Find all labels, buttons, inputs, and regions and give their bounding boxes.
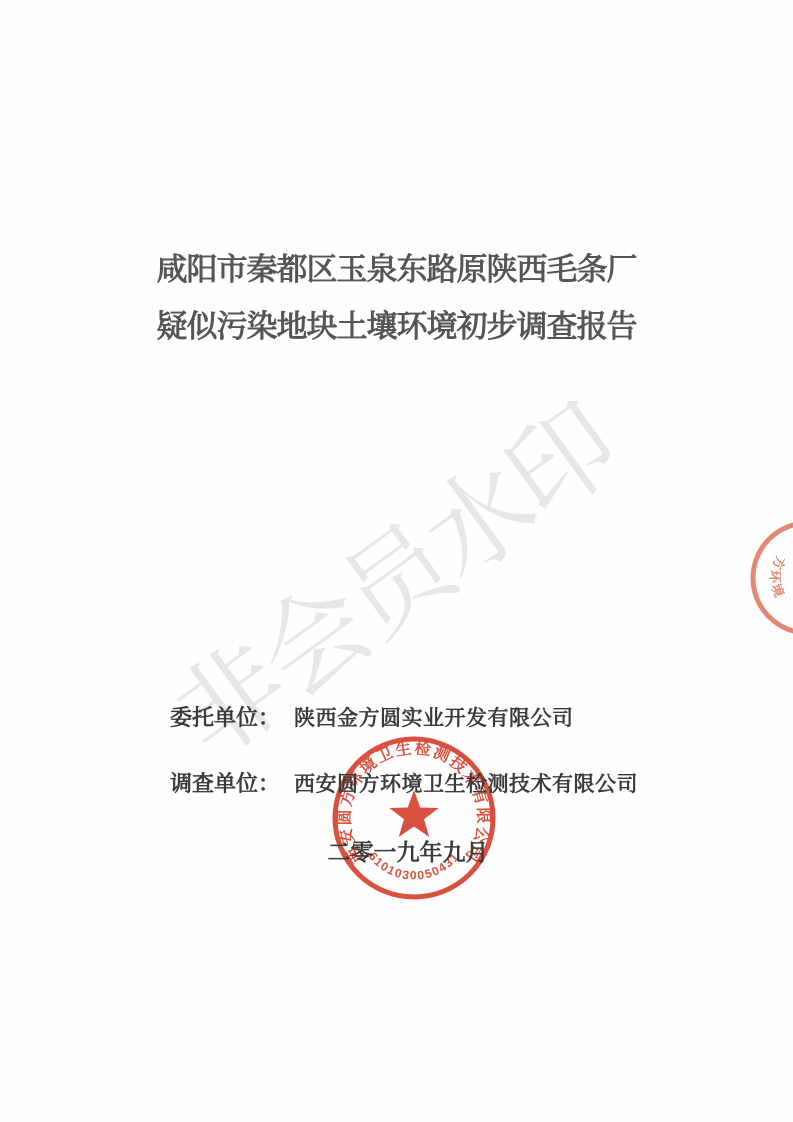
investigator-field-row: 调查单位：西安圆方环境卫生检测技术有限公司 (170, 767, 638, 798)
report-title: 咸阳市秦都区玉泉东路原陕西毛条厂 疑似污染地块土壤环境初步调查报告 (0, 241, 793, 355)
company-seal-stamp: 西安圆方环境卫生检测技术有限公司 6101030050431 (324, 728, 504, 908)
client-field-row: 委托单位：陕西金方圆实业开发有限公司 (170, 701, 574, 732)
report-date: 二零一九年九月 (0, 834, 793, 867)
edge-seal-fragment: 方环境 (733, 493, 793, 663)
investigator-field-label: 调查单位： (170, 771, 280, 796)
report-title-line1: 咸阳市秦都区玉泉东路原陕西毛条厂 (0, 241, 793, 298)
edge-seal-text-holder: 方环境 (768, 554, 789, 602)
report-cover-page: 非会员水印 咸阳市秦都区玉泉东路原陕西毛条厂 疑似污染地块土壤环境初步调查报告 … (0, 0, 793, 1122)
client-field-value: 陕西金方圆实业开发有限公司 (294, 707, 574, 730)
edge-seal-text: 方环境 (768, 554, 789, 602)
client-field-label: 委托单位： (170, 705, 280, 730)
report-title-line2: 疑似污染地块土壤环境初步调查报告 (0, 298, 793, 355)
investigator-field-value: 西安圆方环境卫生检测技术有限公司 (294, 773, 638, 796)
